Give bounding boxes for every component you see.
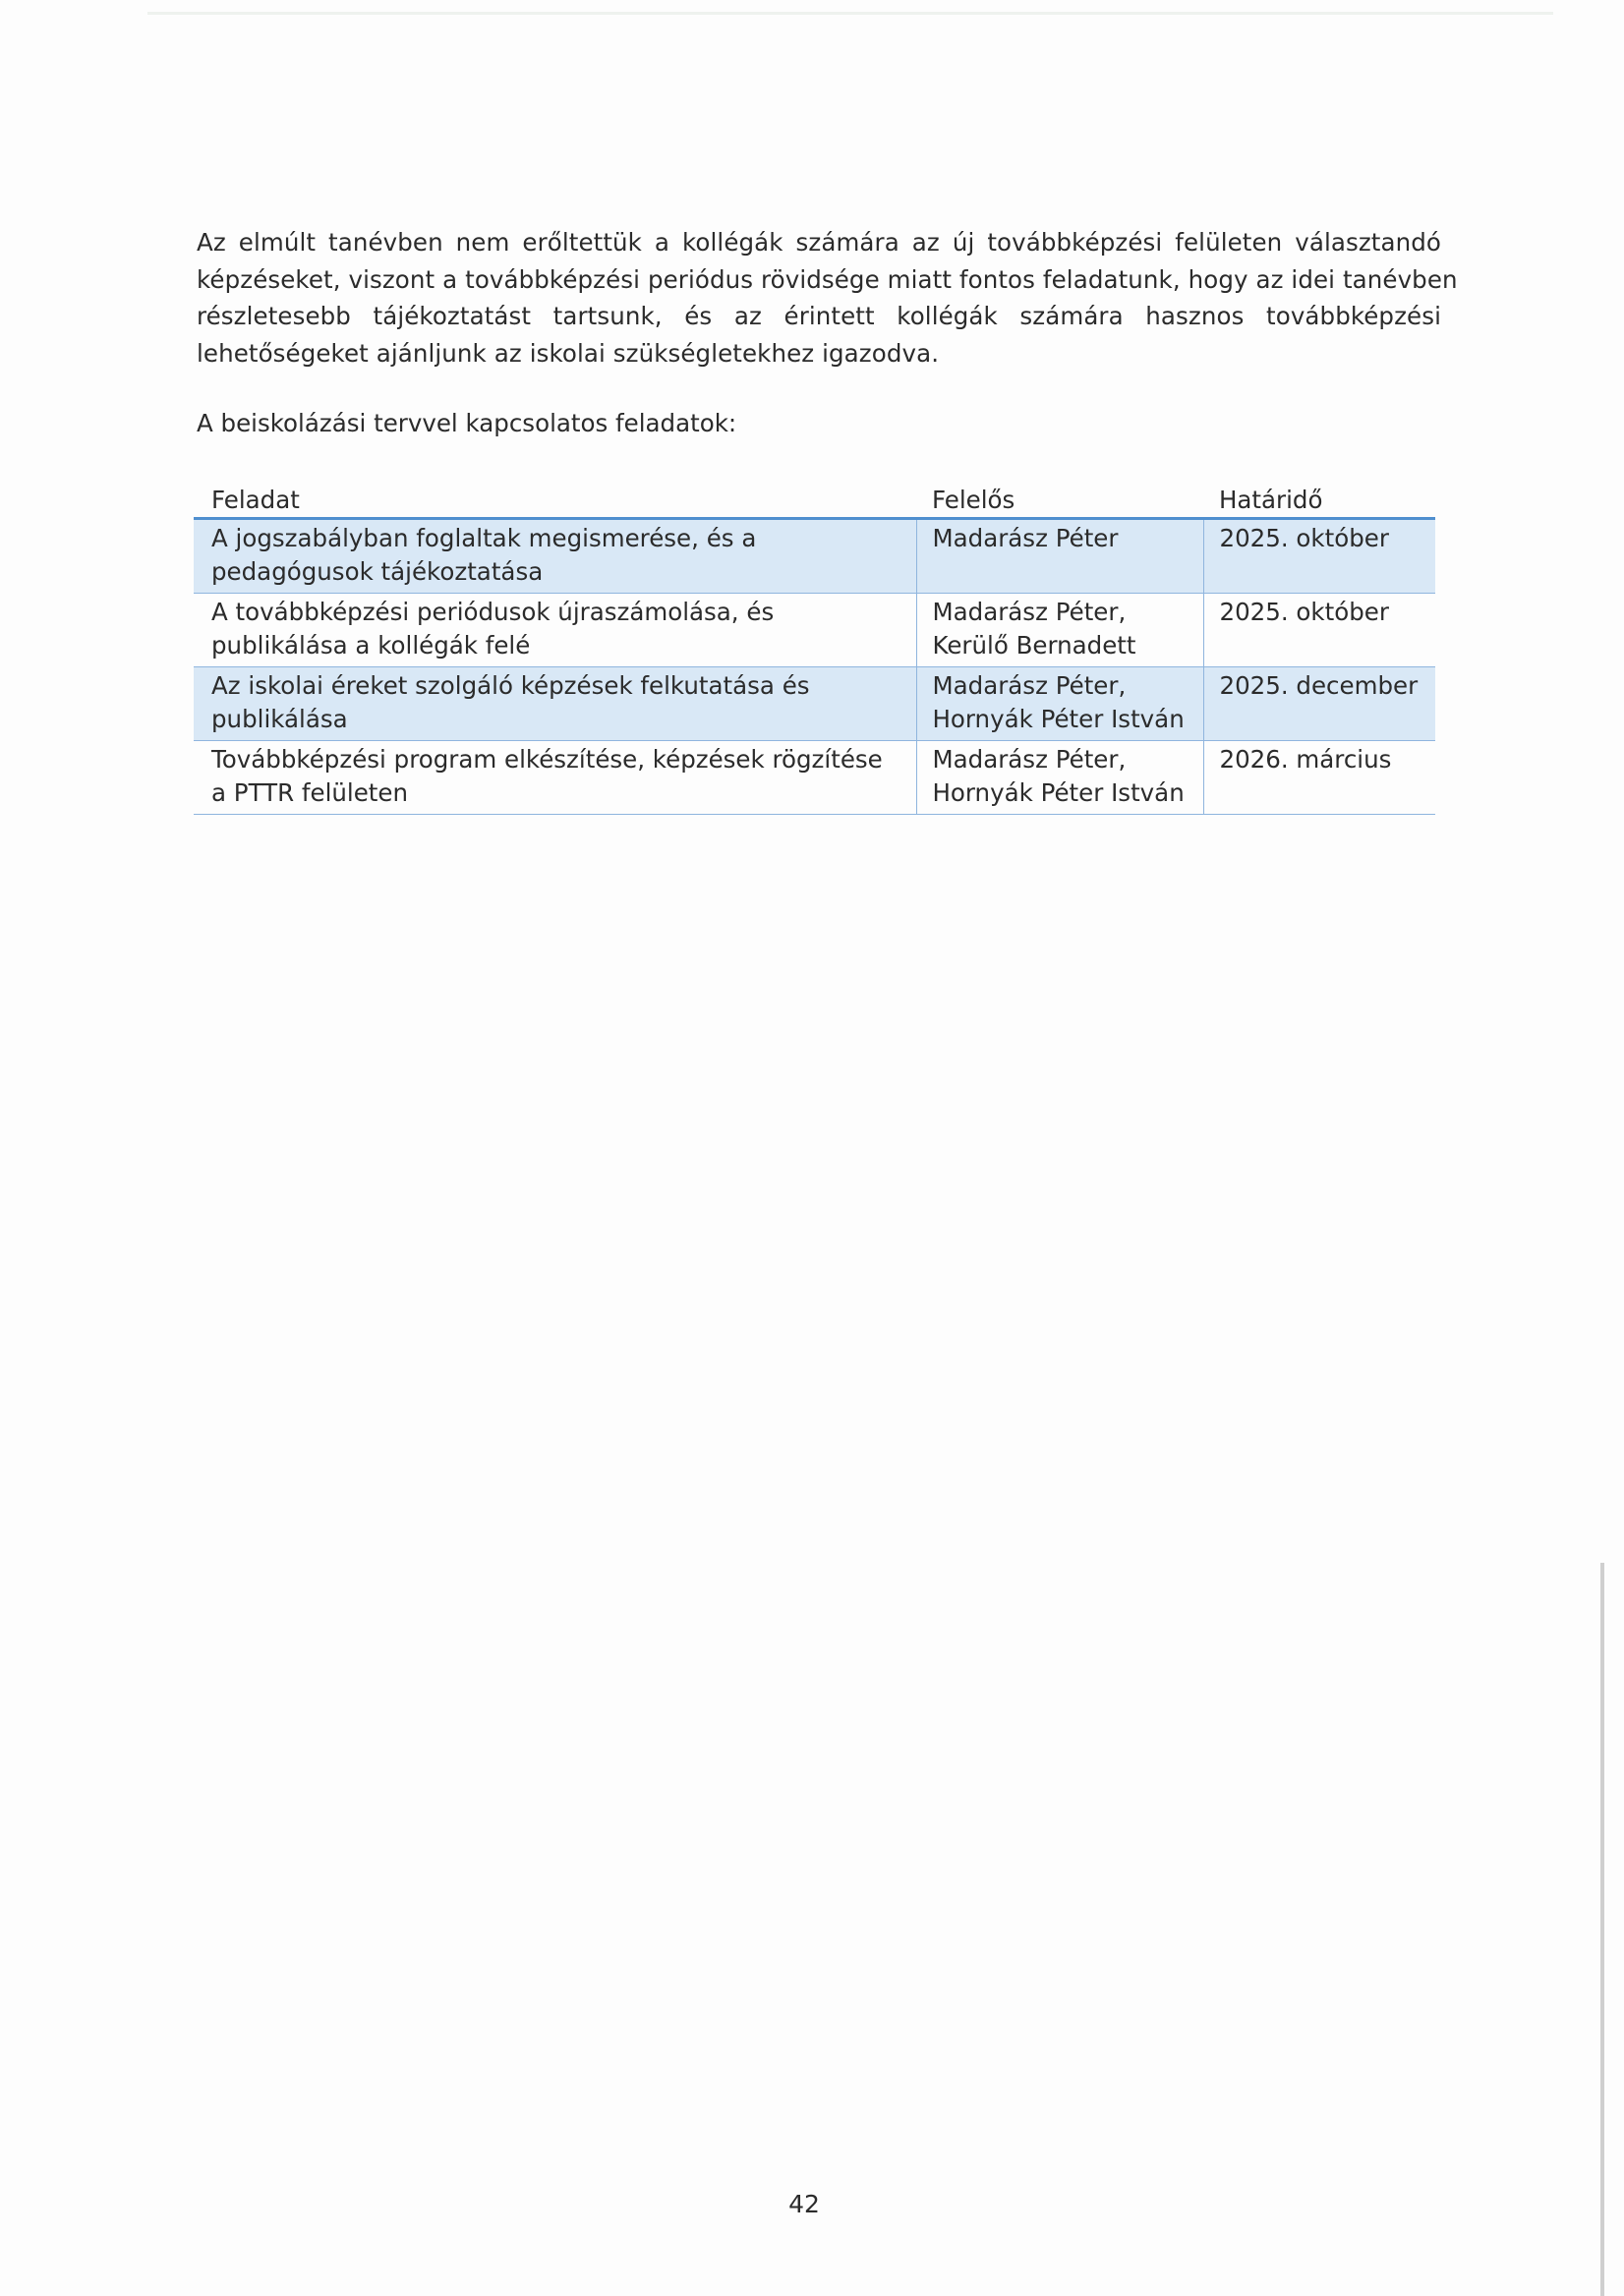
responsible-line: Kerülő Bernadett [933, 629, 1197, 662]
body-paragraph: Az elmúlt tanévben nem erőltettük a koll… [197, 224, 1441, 372]
responsible-line: Madarász Péter, [933, 669, 1197, 703]
header-task: Feladat [194, 482, 916, 519]
task-line: A továbbképzési periódusok újraszámolása… [211, 596, 910, 629]
responsible-cell: Madarász Péter, Hornyák Péter István [916, 741, 1203, 815]
scan-edge-top [147, 12, 1553, 15]
responsible-cell: Madarász Péter, Hornyák Péter István [916, 667, 1203, 741]
deadline-cell: 2025. október [1203, 519, 1435, 594]
paragraph-line: képzéseket, viszont a továbbképzési peri… [197, 261, 1441, 299]
deadline-cell: 2026. március [1203, 741, 1435, 815]
responsible-line: Hornyák Péter István [933, 776, 1197, 810]
task-line: a PTTR felületen [211, 776, 910, 810]
responsible-cell: Madarász Péter [916, 519, 1203, 594]
paragraph-line: lehetőségeket ajánljunk az iskolai szüks… [197, 335, 1441, 373]
task-cell: A jogszabályban foglaltak megismerése, é… [194, 519, 916, 594]
task-cell: Az iskolai éreket szolgáló képzések felk… [194, 667, 916, 741]
table-row: Továbbképzési program elkészítése, képzé… [194, 741, 1435, 815]
page-number: 42 [0, 2190, 1608, 2218]
task-cell: A továbbképzési periódusok újraszámolása… [194, 594, 916, 667]
deadline-cell: 2025. október [1203, 594, 1435, 667]
table-row: Az iskolai éreket szolgáló képzések felk… [194, 667, 1435, 741]
task-line: publikálása [211, 703, 910, 736]
responsible-cell: Madarász Péter, Kerülő Bernadett [916, 594, 1203, 667]
table-row: A jogszabályban foglaltak megismerése, é… [194, 519, 1435, 594]
deadline-cell: 2025. december [1203, 667, 1435, 741]
table-header-row: Feladat Felelős Határidő [194, 482, 1435, 519]
task-line: Továbbképzési program elkészítése, képzé… [211, 743, 910, 776]
task-line: publikálása a kollégák felé [211, 629, 910, 662]
responsible-line: Madarász Péter, [933, 596, 1197, 629]
paragraph-line: Az elmúlt tanévben nem erőltettük a koll… [197, 224, 1441, 261]
task-line: Az iskolai éreket szolgáló képzések felk… [211, 669, 910, 703]
tasks-table: Feladat Felelős Határidő A jogszabályban… [194, 482, 1435, 815]
responsible-line: Hornyák Péter István [933, 703, 1197, 736]
task-line: pedagógusok tájékoztatása [211, 555, 910, 589]
header-responsible: Felelős [916, 482, 1203, 519]
table-intro: A beiskolázási tervvel kapcsolatos felad… [197, 407, 736, 440]
scan-edge-right [1600, 1563, 1604, 2296]
table-row: A továbbképzési periódusok újraszámolása… [194, 594, 1435, 667]
header-deadline: Határidő [1203, 482, 1435, 519]
paragraph-line: részletesebb tájékoztatást tartsunk, és … [197, 298, 1441, 335]
document-page: Az elmúlt tanévben nem erőltettük a koll… [0, 0, 1624, 2296]
task-line: A jogszabályban foglaltak megismerése, é… [211, 522, 910, 555]
responsible-line: Madarász Péter [933, 522, 1197, 555]
task-cell: Továbbképzési program elkészítése, képzé… [194, 741, 916, 815]
responsible-line: Madarász Péter, [933, 743, 1197, 776]
